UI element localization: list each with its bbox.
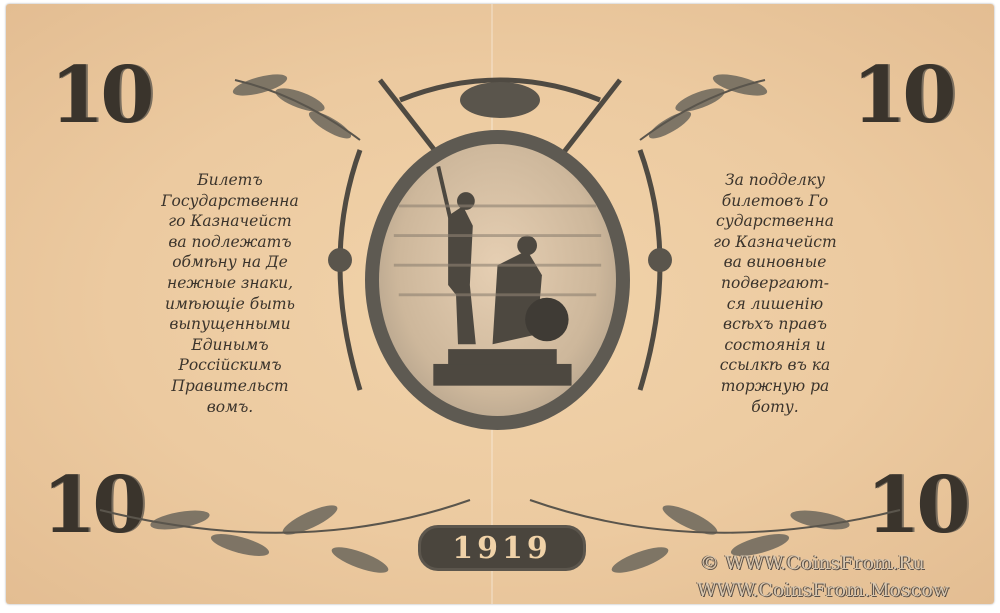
text-line: Россійскимъ <box>150 355 310 376</box>
text-line: го Казначейст <box>150 211 310 232</box>
text-line: ссылкѣ въ ка <box>695 355 855 376</box>
text-line: обмѣну на Де <box>150 252 310 273</box>
text-line: ва виновные <box>695 252 855 273</box>
text-line: Правительст <box>150 376 310 397</box>
text-line: боту. <box>695 397 855 418</box>
text-line: подвергают- <box>695 273 855 294</box>
year-cartouche: 1919 <box>418 525 586 571</box>
text-line: Билетъ <box>150 170 310 191</box>
central-medallion <box>365 130 630 430</box>
text-line: Единымъ <box>150 335 310 356</box>
text-line: го Казначейст <box>695 232 855 253</box>
text-line: состоянія и <box>695 335 855 356</box>
left-script-text: Билетъ Государственна го Казначейст ва п… <box>150 170 310 417</box>
text-line: сударственна <box>695 211 855 232</box>
text-line: торжную ра <box>695 376 855 397</box>
monument-vignette-icon <box>379 144 616 416</box>
text-line: Государственна <box>150 191 310 212</box>
watermark-line-2: WWW.CoinsFrom.Moscow <box>697 579 949 601</box>
year-label: 1919 <box>452 531 552 566</box>
text-line: имѣющіе быть <box>150 294 310 315</box>
text-line: всѣхъ правъ <box>695 314 855 335</box>
right-script-text: За подделку билетовъ Го сударственна го … <box>695 170 855 417</box>
text-line: За подделку <box>695 170 855 191</box>
text-line: билетовъ Го <box>695 191 855 212</box>
text-line: вомъ. <box>150 397 310 418</box>
text-line: нежные знаки, <box>150 273 310 294</box>
text-line: выпущенными <box>150 314 310 335</box>
text-line: ва подлежатъ <box>150 232 310 253</box>
text-line: ся лишенію <box>695 294 855 315</box>
watermark-line-1: © WWW.CoinsFrom.Ru <box>700 552 925 574</box>
